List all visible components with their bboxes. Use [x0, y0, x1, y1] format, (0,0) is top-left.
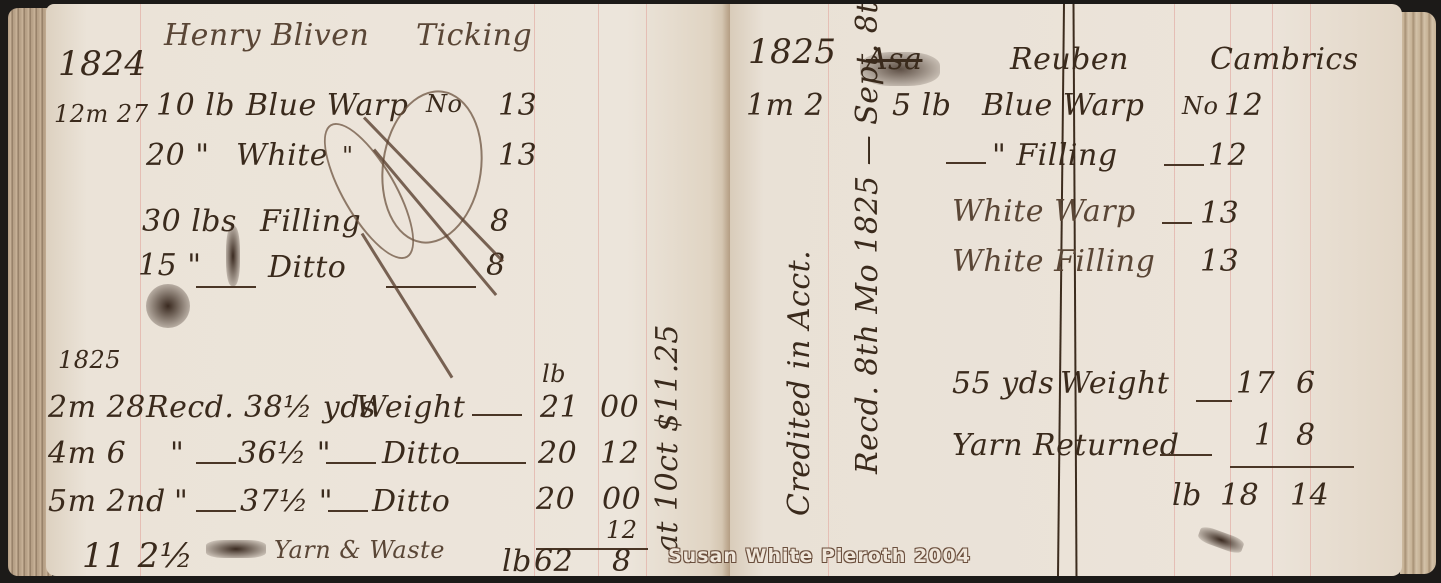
entry-no-label: No: [1182, 92, 1218, 120]
total-oz: 14: [1290, 478, 1329, 513]
entry-date: 1m 2: [746, 88, 824, 123]
entry-qty: 15 ": [138, 248, 202, 283]
entry-qty: 37½ ": [240, 484, 333, 519]
entry-dash: [196, 510, 236, 512]
received-qty: 55 yds: [952, 366, 1054, 401]
entry-date: 2m 28: [48, 390, 146, 425]
vertical-credited-note: Credited in Acct.: [782, 250, 817, 516]
entry-description: " Filling: [992, 138, 1118, 173]
unit-header: lb: [542, 360, 566, 388]
received-lb: 1: [1254, 418, 1274, 453]
entry-oz: 00: [602, 482, 641, 517]
total-rule: [1230, 466, 1354, 468]
column-rule: [1272, 4, 1273, 576]
entry-lb: 20: [538, 436, 577, 471]
right-year: 1825: [748, 32, 837, 72]
received-oz: 6: [1296, 366, 1316, 401]
entry-description: Ditto: [382, 436, 460, 471]
entry-description: White Warp: [952, 194, 1136, 229]
entry-lb: 21: [540, 390, 579, 425]
entry-dash: [196, 286, 256, 288]
left-page: 1824 Henry Bliven Ticking 12m 27 10 lb B…: [46, 4, 730, 576]
account-item: Ticking: [416, 18, 532, 53]
entry-number: 12: [1208, 138, 1247, 173]
total-oz: 8: [612, 544, 632, 576]
entry-description: Weight: [356, 390, 465, 425]
entry-description: White: [236, 138, 328, 173]
entry-dash: [1160, 454, 1212, 456]
column-rule: [598, 4, 599, 576]
entry-description: Blue Warp: [246, 88, 408, 123]
ledger-book: 1824 Henry Bliven Ticking 12m 27 10 lb B…: [0, 0, 1441, 583]
entry-dash: [456, 462, 526, 464]
account-item: Cambrics: [1210, 42, 1359, 77]
page-block-edge-right: [1400, 12, 1436, 574]
entry-qty: 36½ ": [238, 436, 331, 471]
entry-number: 13: [498, 88, 537, 123]
total-unit: lb: [502, 544, 532, 576]
entry-prefix: ": [174, 484, 188, 519]
entry-oz: 12: [600, 436, 639, 471]
entry-date: 5m 2nd: [48, 484, 166, 519]
entry-date: 12m 27: [54, 100, 148, 128]
ink-blot: [146, 284, 190, 328]
vertical-price-note: at 10ct $11.25: [650, 324, 685, 552]
received-description: Weight: [1060, 366, 1169, 401]
entry-description: Blue Warp: [982, 88, 1144, 123]
entry-date: 4m 6: [48, 436, 126, 471]
entry-dash: [196, 462, 236, 464]
received-lb: 17: [1236, 366, 1275, 401]
entry-oz: 12: [606, 516, 638, 544]
ink-blot: [226, 226, 240, 286]
entry-qty: 20 ": [146, 138, 210, 173]
entry-number: 13: [1200, 244, 1239, 279]
entry-number: 12: [1224, 88, 1263, 123]
total-lb: 62: [534, 544, 573, 576]
entry-description: White Filling: [952, 244, 1155, 279]
received-description: Yarn Returned: [952, 428, 1179, 463]
account-name: Henry Bliven: [164, 18, 369, 53]
yarn-waste-label: Yarn & Waste: [274, 536, 445, 564]
entry-dash: [1162, 222, 1192, 224]
yarn-waste-figure: 11 2½: [82, 536, 193, 576]
entry-dash: [328, 510, 368, 512]
entry-qty: 5 lb: [892, 88, 951, 123]
margin-rule: [828, 4, 829, 576]
ink-blot: [206, 540, 266, 558]
ink-blot: [1197, 525, 1246, 556]
total-unit: lb: [1172, 478, 1202, 513]
right-page: 1825 Asa Reuben Cambrics 1m 2 5 lb Blue …: [730, 4, 1402, 576]
entry-qty: 30 lbs: [142, 204, 237, 239]
entry-dash: [386, 286, 476, 288]
entry-prefix: Recd.: [146, 390, 234, 425]
entry-description: Ditto: [268, 250, 346, 285]
left-year: 1824: [58, 44, 147, 84]
entry-oz: 00: [600, 390, 639, 425]
entry-number: 13: [1200, 196, 1239, 231]
entry-qty: 10 lb: [156, 88, 235, 123]
account-name: Reuben: [1010, 42, 1129, 77]
received-oz: 8: [1296, 418, 1316, 453]
entry-number: 13: [498, 138, 537, 173]
left-year-2: 1825: [58, 346, 121, 374]
entry-dash: [946, 162, 986, 164]
photo-credit-watermark: Susan White Pieroth 2004: [668, 545, 971, 567]
entry-lb: 20: [536, 482, 575, 517]
entry-prefix: ": [170, 436, 184, 471]
entry-description: Filling: [260, 204, 361, 239]
total-lb: 18: [1220, 478, 1259, 513]
entry-dash: [472, 414, 522, 416]
vertical-received-note: Recd. 8th Mo 1825 — Sept. 8th: [850, 4, 885, 474]
column-rule: [646, 4, 647, 576]
entry-dash: [1196, 400, 1232, 402]
entry-dash: [1164, 164, 1204, 166]
entry-dash: [326, 462, 376, 464]
entry-description: Ditto: [372, 484, 450, 519]
entry-number: 8: [490, 204, 510, 239]
